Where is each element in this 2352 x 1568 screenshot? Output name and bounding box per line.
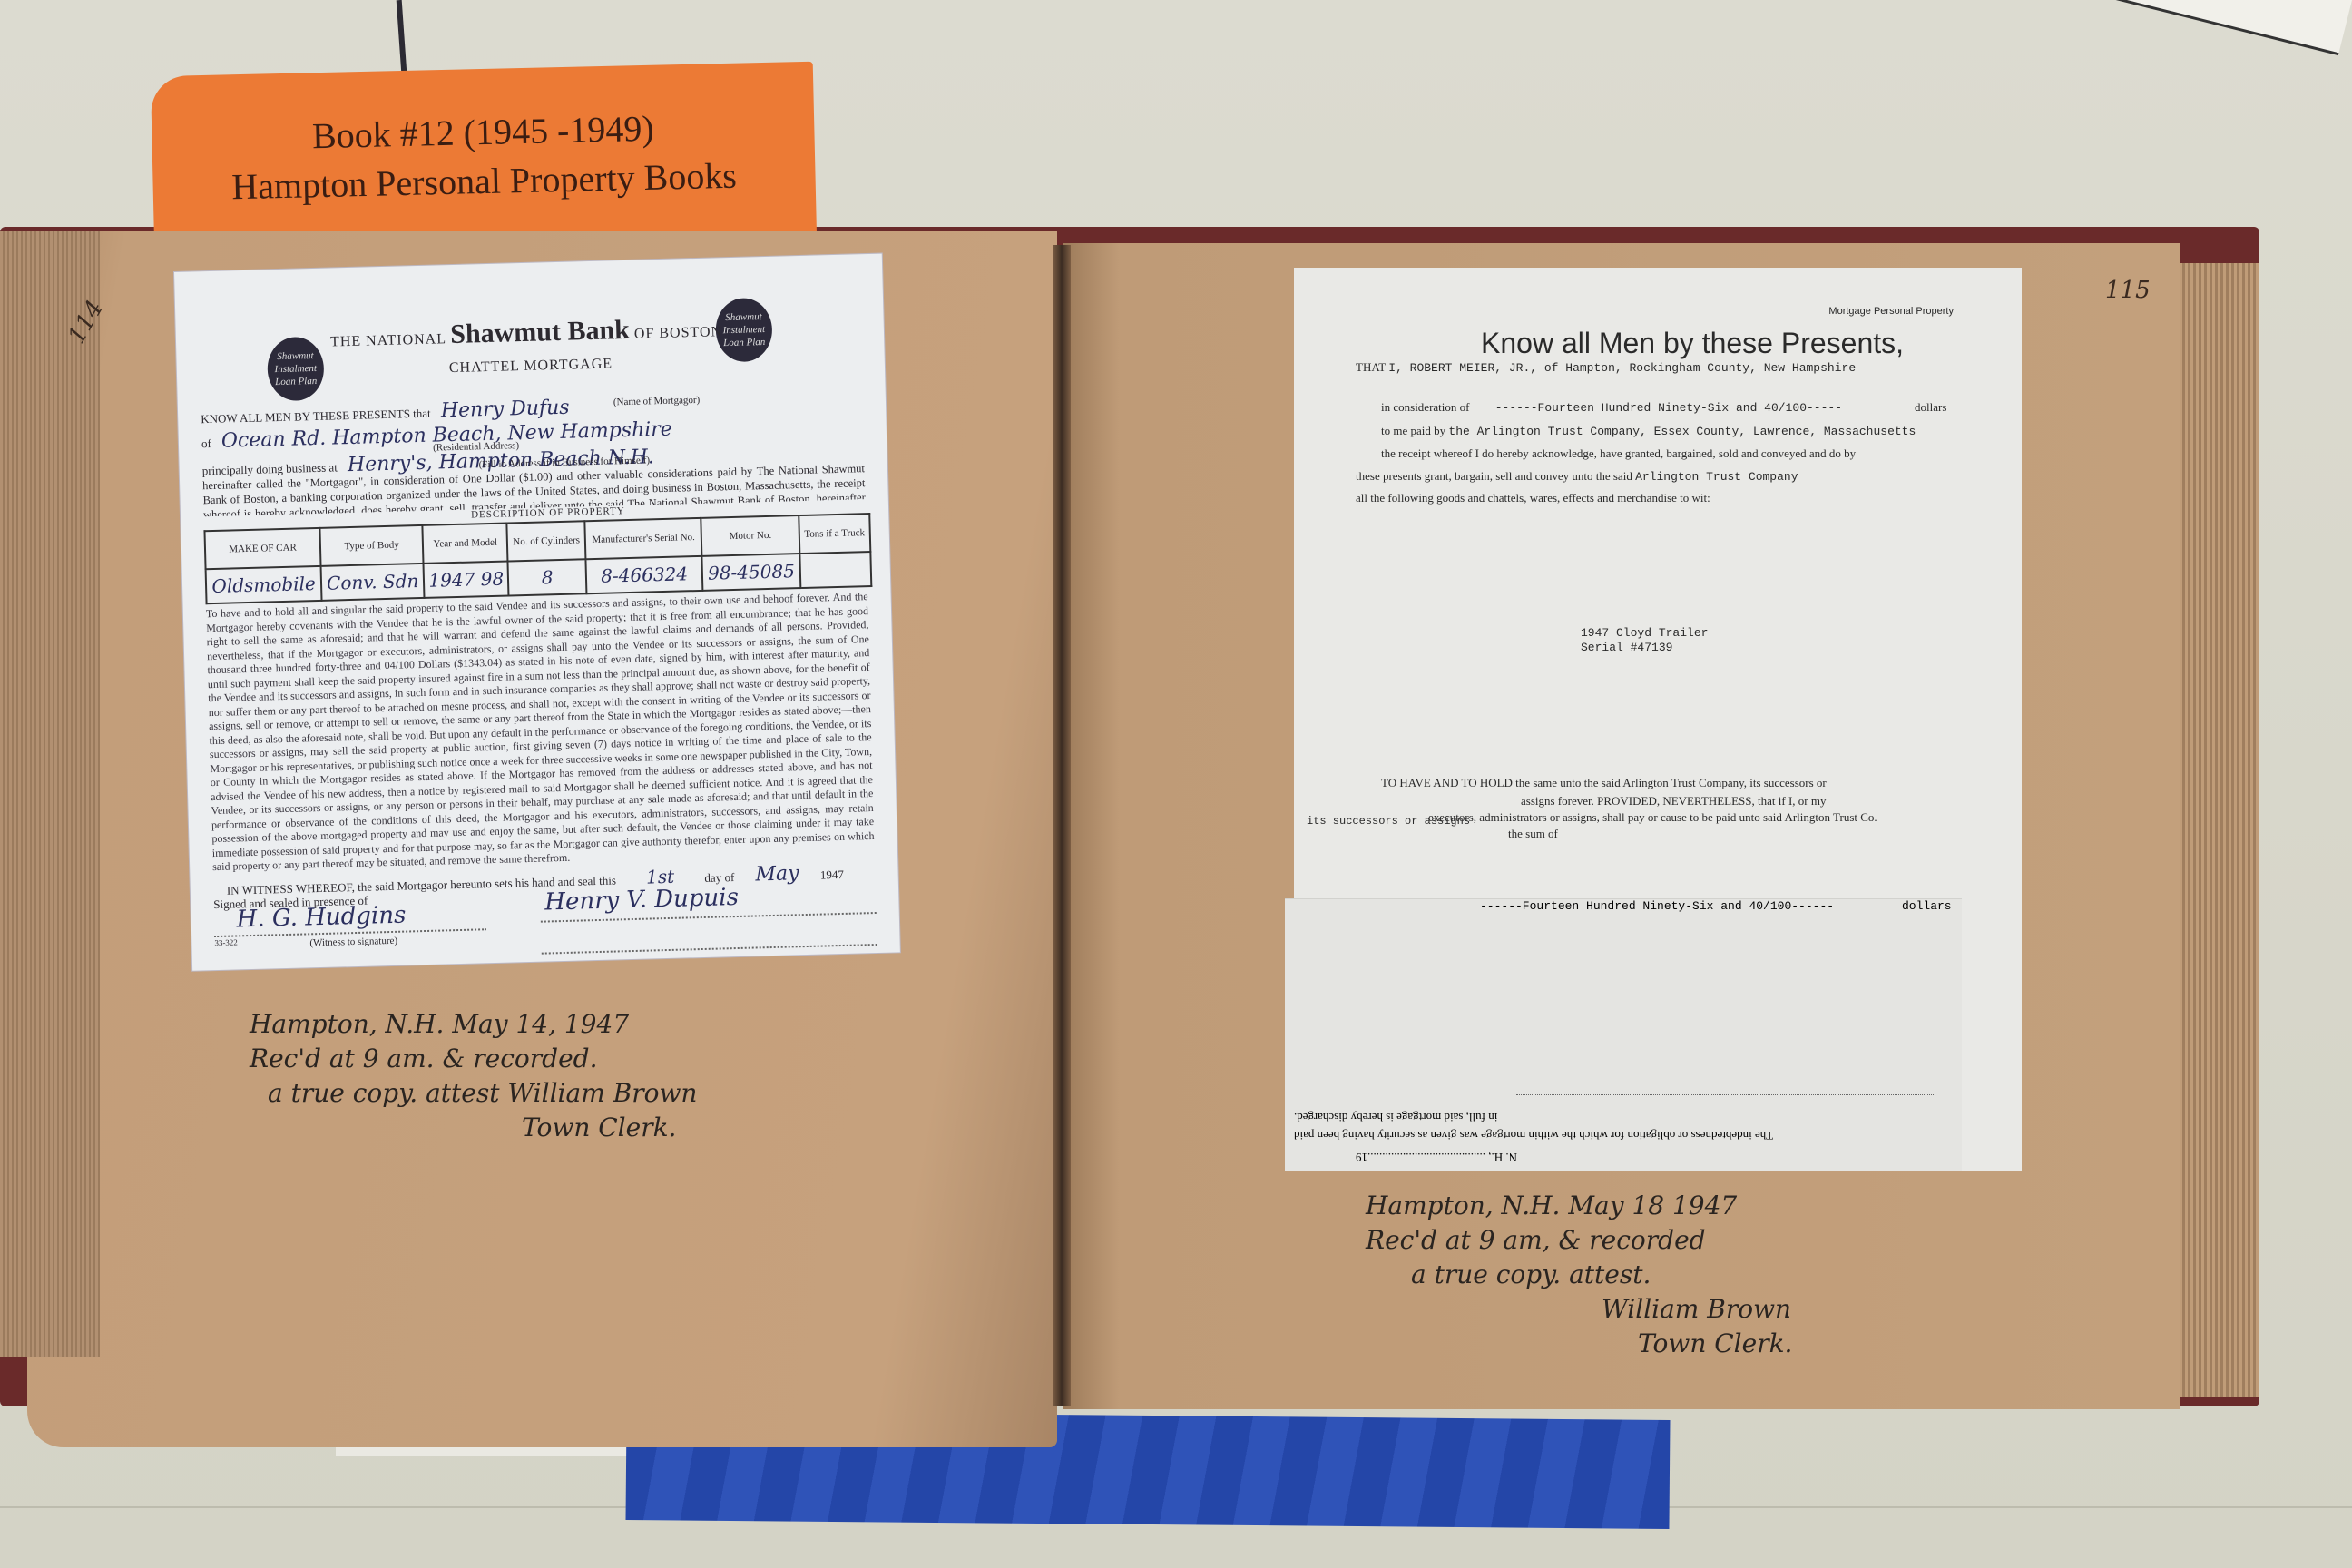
goods-line: all the following goods and chattels, wa… (1356, 491, 1710, 505)
signing-day: 1st (646, 866, 675, 888)
item-serial: Serial #47139 (1581, 641, 1708, 655)
dotted-line (1516, 1094, 1934, 1095)
note-line: Town Clerk. (250, 1111, 697, 1145)
habendum-line-3: executors, administrators or assigns, sh… (1428, 810, 1877, 825)
discharge-line-1: The indebtedness or obligation for which… (1294, 1128, 1773, 1142)
note-line: a true copy. attest William Brown (250, 1076, 697, 1111)
table-header: Manufacturer's Serial No. (584, 518, 701, 559)
habendum-line-4: the sum of (1508, 827, 1558, 841)
dollars-label: dollars (1915, 400, 1946, 415)
consideration-amount: ------Fourteen Hundred Ninety-Six and 40… (1495, 401, 1842, 415)
table-header: Tons if a Truck (799, 514, 870, 554)
table-header: Motor No. (701, 515, 799, 556)
mortgagor-name: Henry Dufus (441, 397, 570, 423)
table-header: Year and Model (423, 523, 508, 563)
habendum-line-2: assigns forever. PROVIDED, NEVERTHELESS,… (1521, 794, 1826, 808)
habendum-line-4-prefix: its successors or assigns (1307, 815, 1470, 828)
recording-note-right: Hampton, N.H. May 18 1947 Rec'd at 9 am,… (1366, 1189, 1792, 1361)
page-stack-left (0, 231, 100, 1357)
bank-seal-icon: Shawmut Instalment Loan Plan (267, 337, 325, 402)
note-line: a true copy. attest. (1366, 1258, 1792, 1292)
form-title: CHATTEL MORTGAGE (449, 356, 613, 377)
note-line: Town Clerk. (1366, 1327, 1792, 1361)
presents-line: these presents grant, bargain, sell and … (1356, 469, 1798, 484)
document-heading: Know all Men by these Presents, (1481, 327, 1904, 360)
page-stack-right (2169, 263, 2259, 1397)
signing-year: 1947 (820, 867, 844, 882)
discharge-line-2: in full, said mortgage is hereby dischar… (1294, 1110, 1497, 1124)
table-header: No. of Cylinders (507, 521, 586, 561)
year-and-model: 1947 98 (428, 568, 504, 592)
consideration-label: in consideration of (1381, 400, 1469, 414)
property-table: MAKE OF CAR Type of Body Year and Model … (203, 513, 872, 604)
mortgagor-name-note: (Name of Mortgagor) (613, 395, 701, 407)
note-line: Rec'd at 9 am, & recorded (1366, 1223, 1792, 1258)
bank-seal-icon: Shawmut Instalment Loan Plan (715, 298, 773, 363)
presents-text: these presents grant, bargain, sell and … (1356, 469, 1632, 483)
label-line-1: Book #12 (1945 -1949) (152, 103, 815, 162)
consideration-line: in consideration of ------Fourteen Hundr… (1381, 400, 1842, 415)
book-label: Book #12 (1945 -1949) Hampton Personal P… (151, 62, 817, 255)
table-header: MAKE OF CAR (204, 528, 320, 569)
motor-number: 98-45085 (708, 560, 795, 584)
note-line: Hampton, N.H. May 14, 1947 (250, 1007, 697, 1042)
receipt-line: the receipt whereof I do hereby acknowle… (1381, 446, 1856, 461)
book-gutter (1053, 245, 1071, 1406)
header-prefix: THE NATIONAL (330, 331, 446, 349)
form-label: Mortgage Personal Property (1828, 306, 1954, 317)
cylinders: 8 (542, 566, 554, 588)
type-of-body: Conv. Sdn (327, 570, 419, 594)
recording-note-left: Hampton, N.H. May 14, 1947 Rec'd at 9 am… (250, 1007, 697, 1145)
witness-note: (Witness to signature) (309, 936, 397, 949)
note-line: William Brown (1366, 1292, 1792, 1327)
nh-date-line: N. H., .................................… (1356, 1150, 1517, 1164)
item-description: 1947 Cloyd Trailer (1581, 626, 1708, 641)
day-of-label: day of (704, 870, 734, 885)
grantor: I, ROBERT MEIER, JR., of Hampton, Rockin… (1388, 361, 1856, 375)
grantee-short: Arlington Trust Company (1635, 470, 1798, 484)
note-line: Hampton, N.H. May 18 1947 (1366, 1189, 1792, 1223)
label-line-2: Hampton Personal Property Books (152, 152, 816, 211)
header-suffix: OF BOSTON (634, 324, 723, 342)
dollars-label-2: dollars (1902, 899, 1952, 913)
chattel-mortgage-document: Shawmut Instalment Loan Plan Shawmut Ins… (174, 254, 900, 971)
serial-number: 8-466324 (601, 563, 688, 587)
mortgaged-item: 1947 Cloyd Trailer Serial #47139 (1581, 626, 1708, 655)
witness-signature: H. G. Hudgins (236, 902, 406, 934)
page-number-right: 115 (2105, 277, 2151, 304)
bank-name: Shawmut Bank (450, 315, 630, 349)
know-all-label: KNOW ALL MEN BY THESE PRESENTS that (201, 407, 431, 426)
mortgagor-signature: Henry V. Dupuis (544, 884, 739, 916)
table-header: Type of Body (320, 525, 424, 566)
make-of-car: Oldsmobile (211, 573, 316, 597)
grantee: the Arlington Trust Company, Essex Count… (1448, 425, 1916, 438)
of-label: of (201, 436, 211, 450)
that-label: THAT (1356, 360, 1386, 374)
sum-amount: ------Fourteen Hundred Ninety-Six and 40… (1480, 899, 1834, 913)
signing-month: May (755, 862, 799, 886)
document-lower-fold: ------Fourteen Hundred Ninety-Six and 40… (1285, 898, 1962, 1171)
bank-header: THE NATIONAL Shawmut Bank OF BOSTON (330, 312, 723, 353)
form-code: 33-322 (214, 937, 238, 947)
note-line: Rec'd at 9 am. & recorded. (250, 1042, 697, 1076)
habendum-line-1: TO HAVE AND TO HOLD the same unto the sa… (1381, 776, 1827, 790)
mortgage-body-text: To have and to hold all and singular the… (206, 590, 875, 875)
paid-by-label: to me paid by (1381, 424, 1445, 437)
mortgagor-signature-line (542, 944, 877, 955)
paid-by-line: to me paid by the Arlington Trust Compan… (1381, 424, 1916, 438)
grantor-line: THAT I, ROBERT MEIER, JR., of Hampton, R… (1356, 360, 1856, 375)
